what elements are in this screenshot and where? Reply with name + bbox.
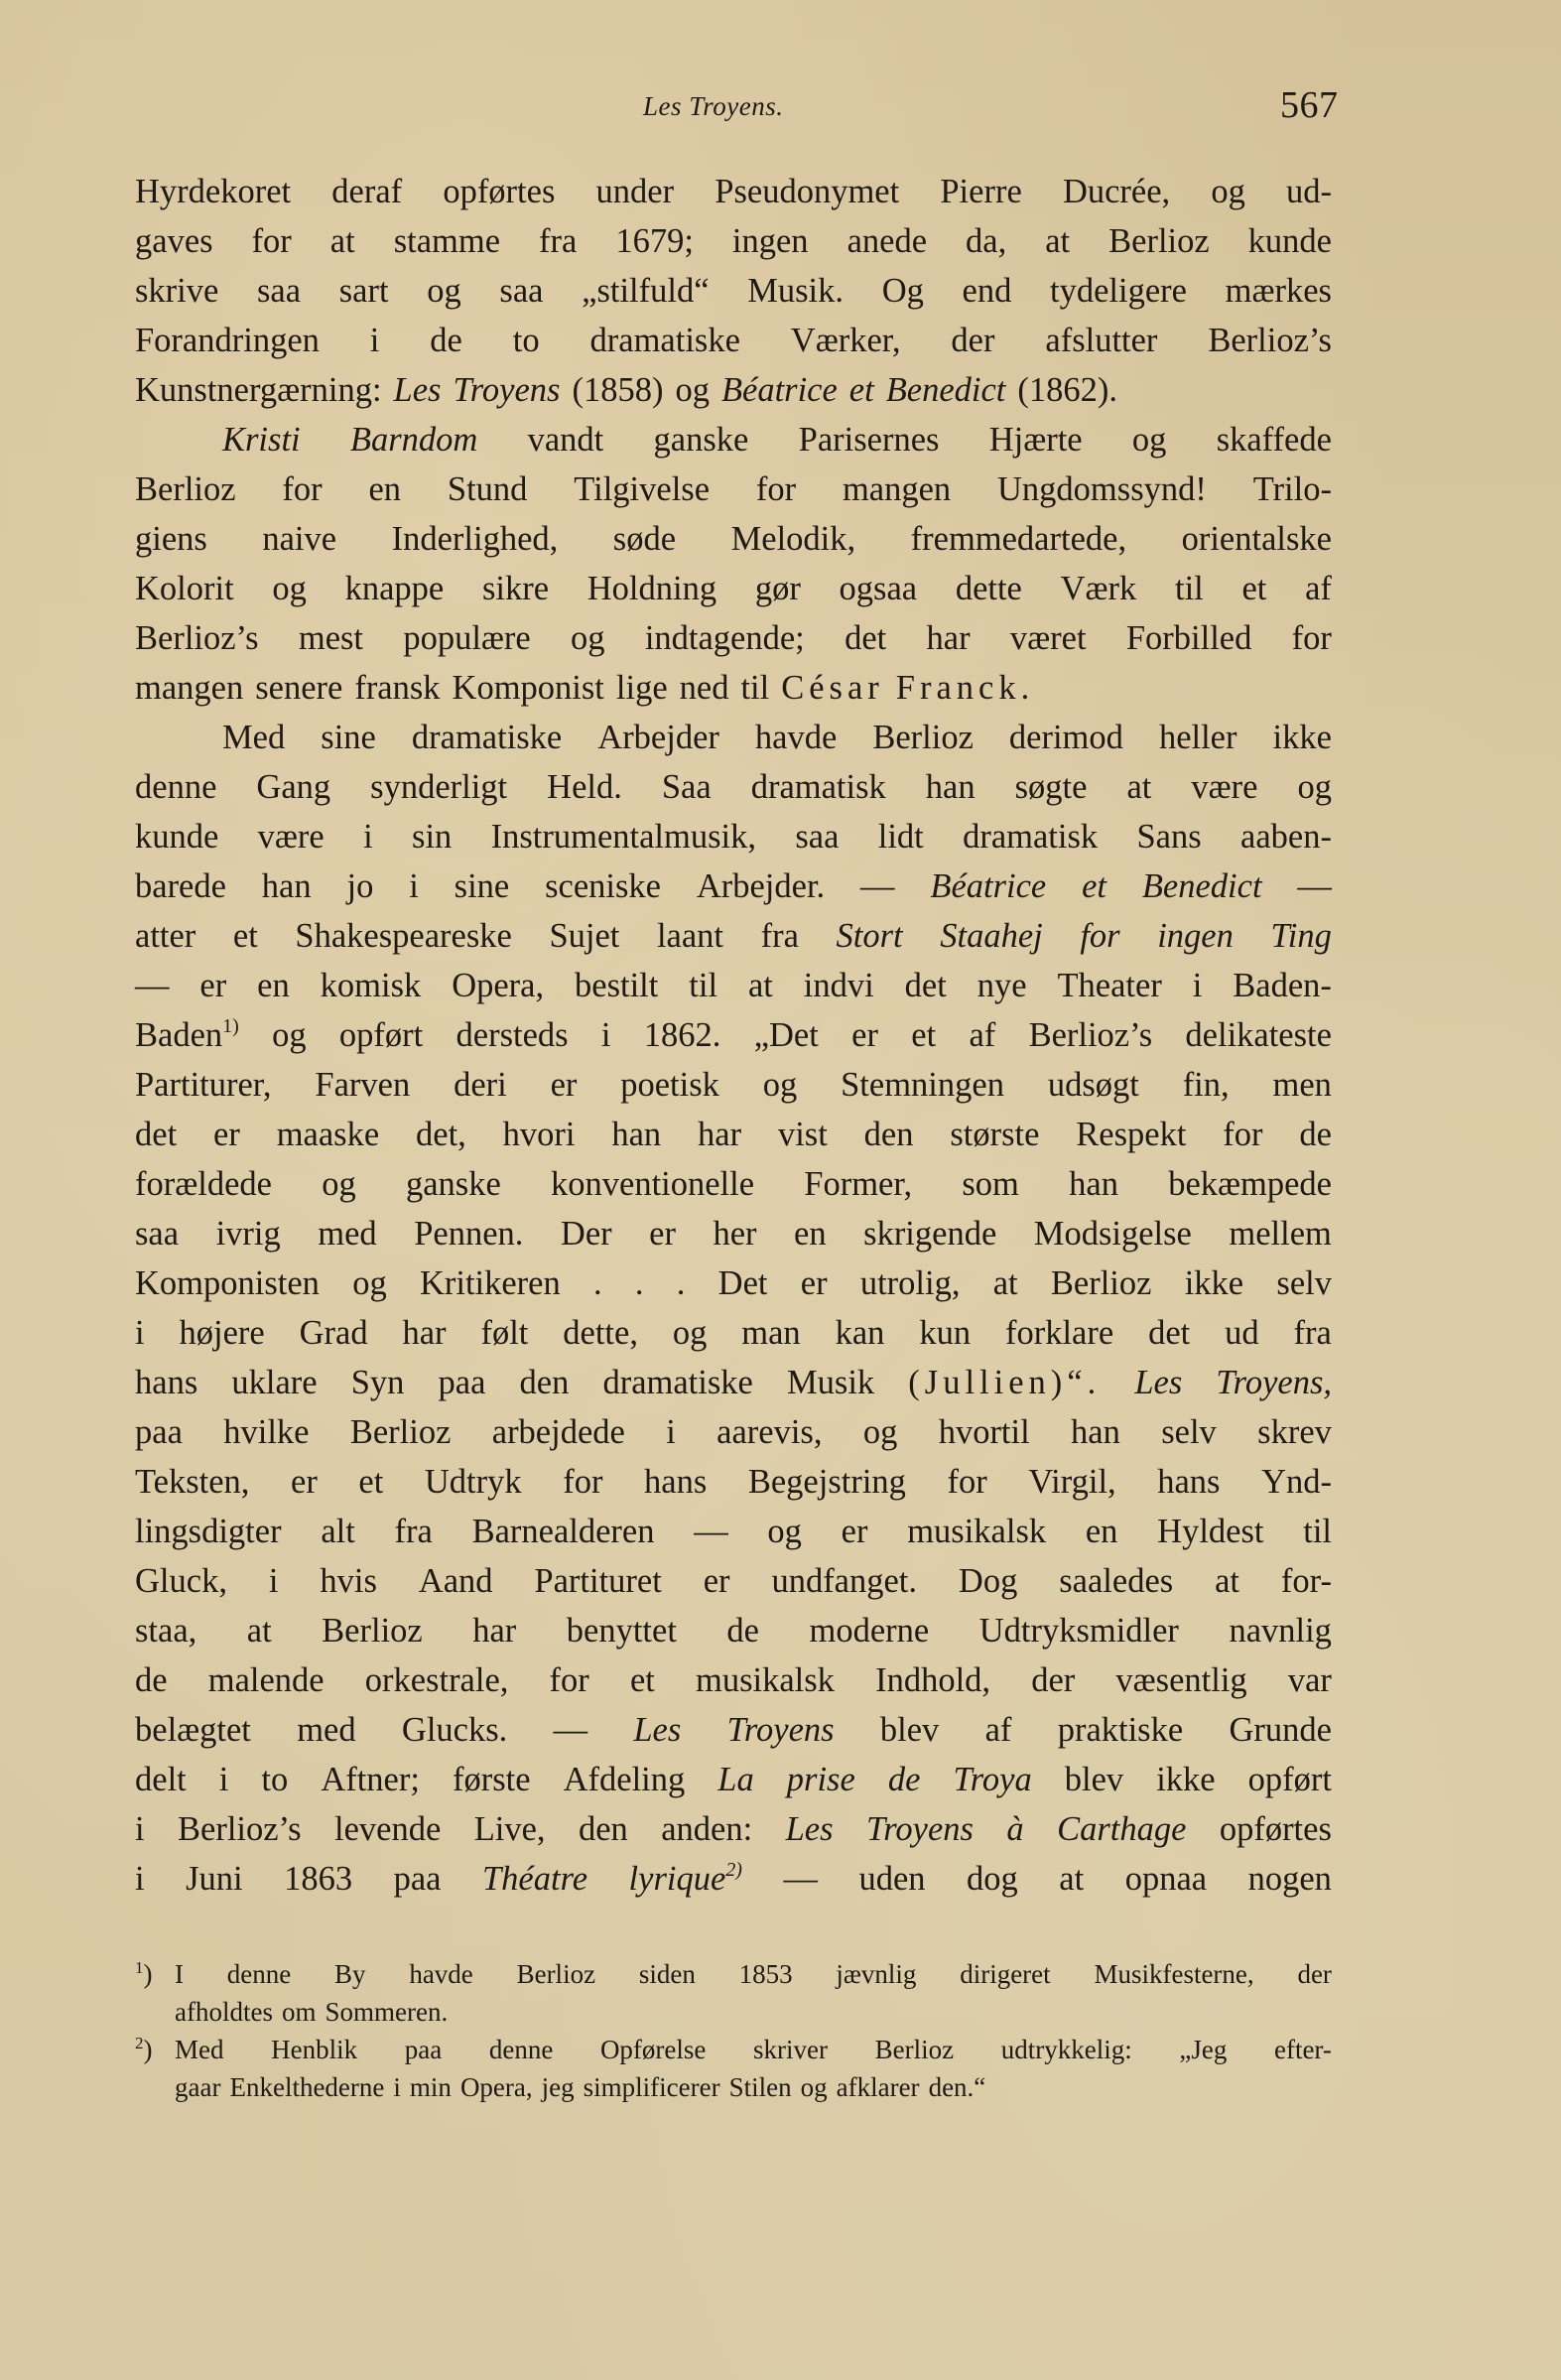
- word: selv: [1276, 1258, 1332, 1308]
- italic-word: Les: [786, 1804, 834, 1854]
- word: Partituret: [534, 1556, 661, 1606]
- word: Opera,: [460, 2068, 533, 2106]
- word: maaske: [277, 1110, 379, 1159]
- word: Gang: [256, 762, 330, 812]
- word: i: [269, 1556, 279, 1606]
- word: Komponisten: [135, 1258, 320, 1308]
- word: —: [554, 1705, 588, 1755]
- word: Stund: [448, 464, 528, 514]
- word: havde: [755, 713, 837, 762]
- word: Modsigelse: [1034, 1209, 1192, 1258]
- word: Kunstnergærning:: [135, 365, 382, 415]
- running-title: Les Troyens.: [643, 91, 784, 122]
- word: tydeligere: [1050, 266, 1187, 316]
- word: Afdeling: [564, 1755, 686, 1804]
- word: Opførelse: [600, 2031, 706, 2068]
- word: de: [135, 1655, 168, 1705]
- word: ikke: [1273, 713, 1332, 762]
- word: Aand: [419, 1556, 493, 1606]
- word: siden: [639, 1955, 696, 1993]
- footnote-ref[interactable]: 1): [222, 1015, 239, 1037]
- word: dramatiske: [412, 713, 562, 762]
- word: være: [258, 812, 325, 861]
- word: hvori: [503, 1110, 576, 1159]
- word: sceniske: [545, 861, 661, 911]
- word: Opera,: [452, 961, 544, 1010]
- word: og: [763, 1060, 798, 1110]
- word: med: [297, 1705, 355, 1755]
- word: da,: [966, 216, 1006, 266]
- text-line: iJuni1863paaThéatrelyrique2)—udendogatop…: [135, 1854, 1332, 1904]
- italic-word: Kristi: [222, 415, 301, 464]
- word: de: [1299, 1110, 1332, 1159]
- word: anede: [847, 216, 927, 266]
- italic-word: Troyens,: [1216, 1358, 1332, 1407]
- word: for: [252, 216, 292, 266]
- word: Kritikeren: [420, 1258, 561, 1308]
- running-head: Les Troyens. 567: [0, 87, 1561, 137]
- word: deraf: [331, 167, 402, 216]
- word: Inderlighed,: [392, 514, 559, 564]
- word: fin,: [1183, 1060, 1230, 1110]
- word: det: [1148, 1308, 1190, 1358]
- word: indtagende;: [645, 613, 805, 663]
- word: jo: [346, 861, 373, 911]
- word: opnaa: [1125, 1854, 1207, 1904]
- word: Teksten,: [135, 1457, 249, 1507]
- word: til: [689, 961, 717, 1010]
- word: har: [927, 613, 971, 663]
- word: saa: [257, 266, 301, 316]
- word: Hyldest: [1157, 1507, 1263, 1556]
- word: uklare: [231, 1358, 317, 1407]
- word: Med: [175, 2031, 224, 2068]
- word: saa: [499, 266, 543, 316]
- word: i: [393, 2068, 401, 2106]
- word: en: [257, 961, 290, 1010]
- word: Henblik: [271, 2031, 357, 2068]
- word: en: [1086, 1507, 1118, 1556]
- word: og: [571, 613, 605, 663]
- word: men: [1273, 1060, 1332, 1110]
- italic-word: La: [717, 1755, 753, 1804]
- word: —: [860, 861, 895, 911]
- word: Berlioz: [322, 1606, 423, 1655]
- word: belægtet: [135, 1705, 251, 1755]
- word: det: [135, 1110, 177, 1159]
- word: er: [551, 1060, 578, 1110]
- text-line: staa,atBerliozharbenyttetdemoderneUdtryk…: [135, 1606, 1332, 1655]
- word: afklarer: [837, 2068, 920, 2106]
- word: skrev: [1257, 1407, 1332, 1457]
- word: at: [247, 1606, 272, 1655]
- word: jeg: [542, 2068, 575, 2106]
- word: han: [1069, 1159, 1118, 1209]
- word: César: [781, 663, 884, 713]
- word: senere: [255, 663, 342, 713]
- word: ivrig: [216, 1209, 281, 1258]
- word: Berlioz: [1051, 1258, 1152, 1308]
- word: der: [1297, 1955, 1331, 1993]
- word: Musikfesterne,: [1094, 1955, 1253, 1993]
- text-line: Berlioz’smestpopulæreogindtagende;dethar…: [135, 613, 1332, 663]
- word: (1858): [572, 365, 663, 415]
- italic-word: Troyens: [453, 365, 560, 415]
- word: afholdtes: [175, 1993, 273, 2031]
- word: er: [704, 1556, 730, 1606]
- italic-word: Troyens: [866, 1804, 974, 1854]
- word: fransk: [354, 663, 440, 713]
- word: lidt: [878, 812, 924, 861]
- text-line: iBerlioz’slevendeLive,denanden:LesTroyen…: [135, 1804, 1332, 1854]
- word: blev: [1065, 1755, 1123, 1804]
- word: konventionelle: [551, 1159, 754, 1209]
- word: Former,: [804, 1159, 912, 1209]
- word: Saa: [662, 762, 712, 812]
- word: hvilke: [223, 1407, 309, 1457]
- word: at: [1215, 1556, 1239, 1606]
- word: min: [410, 2068, 452, 2106]
- word: Tilgivelse: [574, 464, 710, 514]
- word: komisk: [321, 961, 422, 1010]
- word: to: [261, 1755, 288, 1804]
- word: delt: [135, 1755, 187, 1804]
- word: —: [783, 1854, 818, 1904]
- word: mærkes: [1226, 266, 1332, 316]
- book-page: Les Troyens. 567 Hyrdekoretderafopførtes…: [0, 0, 1561, 2380]
- word: Værker,: [791, 316, 901, 365]
- word: Indhold,: [875, 1655, 990, 1705]
- word: er: [851, 1010, 878, 1060]
- word: synderligt: [370, 762, 507, 812]
- word: saa: [795, 812, 839, 861]
- word: dog: [967, 1854, 1018, 1904]
- word: laant: [657, 911, 723, 961]
- word: at: [1059, 1854, 1084, 1904]
- text-line: lingsdigteraltfraBarnealderen—ogermusika…: [135, 1507, 1332, 1556]
- word: stamme: [394, 216, 500, 266]
- footnote-text: MedHenblikpaadenneOpførelseskriverBerlio…: [175, 2031, 1332, 2068]
- word: „stilfuld“: [582, 266, 709, 316]
- word: der: [1031, 1655, 1075, 1705]
- word: er: [199, 961, 226, 1010]
- word: Arbejder: [597, 713, 719, 762]
- word: det: [905, 961, 947, 1010]
- word: den: [520, 1358, 570, 1407]
- word: navnlig: [1229, 1606, 1331, 1655]
- word: er: [842, 1507, 868, 1556]
- word: aaben-: [1240, 812, 1332, 861]
- word: og: [272, 1010, 307, 1060]
- word: utrolig,: [860, 1258, 961, 1308]
- word: bestilt: [575, 961, 658, 1010]
- word: for: [550, 1655, 589, 1705]
- word: Stemningen: [841, 1060, 1004, 1110]
- word: den.“: [929, 2068, 986, 2106]
- word: i: [370, 316, 380, 365]
- italic-word: lyrique2): [629, 1854, 742, 1904]
- word: jævnlig: [836, 1955, 916, 1993]
- word: for: [563, 1457, 602, 1507]
- word: forældede: [135, 1159, 272, 1209]
- page-number: 567: [1280, 83, 1339, 127]
- word: kun: [919, 1308, 971, 1358]
- word: mellem: [1229, 1209, 1331, 1258]
- word: 1853: [739, 1955, 793, 1993]
- italic-word: Troyens: [727, 1705, 835, 1755]
- text-line: ForandringenidetodramatiskeVærker,derafs…: [135, 316, 1332, 365]
- word: hans: [1157, 1457, 1220, 1507]
- word: Shakespeareske: [295, 911, 511, 961]
- word: for: [1292, 613, 1332, 663]
- word: mangen: [135, 663, 243, 713]
- word: vandt: [528, 415, 604, 464]
- footnote-ref[interactable]: 2): [725, 1859, 742, 1881]
- word: mangen: [843, 464, 951, 514]
- word: sine: [455, 861, 510, 911]
- italic-word: Benedict: [886, 365, 1006, 415]
- word: musikalsk: [907, 1507, 1046, 1556]
- word: Grunde: [1229, 1705, 1331, 1755]
- word: .: [593, 1258, 602, 1308]
- word: og: [767, 1507, 802, 1556]
- word: Med: [222, 713, 285, 762]
- word: sikre: [482, 564, 549, 613]
- word: var: [1288, 1655, 1332, 1705]
- word: han: [611, 1110, 661, 1159]
- text-line: Kunstnergærning:LesTroyens(1858)ogBéatri…: [135, 365, 1332, 415]
- word: Berlioz’s: [1029, 1010, 1153, 1060]
- word: være: [1191, 762, 1257, 812]
- word: 1679;: [615, 216, 694, 266]
- word: saaledes: [1059, 1556, 1173, 1606]
- word: i: [601, 1010, 611, 1060]
- word: og: [1297, 762, 1332, 812]
- word: Grad: [300, 1308, 368, 1358]
- word: Komponist: [453, 663, 604, 713]
- text-line: demalendeorkestrale,foretmusikalskIndhol…: [135, 1655, 1332, 1705]
- word: Parisernes: [799, 415, 940, 464]
- text-line: baredehanjoisinesceniskeArbejder.—Béatri…: [135, 861, 1332, 911]
- word: giens: [135, 514, 207, 564]
- word: Arbejder.: [697, 861, 825, 911]
- text-line: BerliozforenStundTilgivelseformangenUngd…: [135, 464, 1332, 514]
- word: Pierre: [940, 167, 1021, 216]
- footnote-line: gaarEnkelthederneiminOpera,jegsimplifice…: [135, 2068, 1332, 2106]
- word: og: [675, 365, 710, 415]
- word: Hjærte: [989, 415, 1083, 464]
- word: Stilen: [729, 2068, 792, 2106]
- word: populære: [403, 613, 530, 663]
- word: det,: [416, 1110, 466, 1159]
- italic-word: Staahej: [940, 911, 1042, 961]
- word: fra: [395, 1507, 433, 1556]
- word: heller: [1159, 713, 1237, 762]
- word: Dog: [959, 1556, 1017, 1606]
- word: det: [845, 613, 886, 663]
- word: mest: [299, 613, 363, 663]
- italic-word: ingen: [1157, 911, 1234, 961]
- word: alt: [321, 1507, 354, 1556]
- word: og: [801, 2068, 828, 2106]
- word: aarevis,: [716, 1407, 822, 1457]
- word: Barnealderen: [472, 1507, 655, 1556]
- word: for-: [1281, 1556, 1332, 1606]
- word: delikateste: [1185, 1010, 1332, 1060]
- italic-word: et: [1082, 861, 1106, 911]
- text-line: forældedeogganskekonventionelleFormer,so…: [135, 1159, 1332, 1209]
- word: Respekt: [1076, 1110, 1186, 1159]
- word: arbejdede: [492, 1407, 625, 1457]
- word: efter-: [1274, 2031, 1332, 2068]
- word: Baden1): [135, 1010, 239, 1060]
- italic-word: Béatrice: [721, 365, 838, 415]
- text-line: Baden1)ogopførtderstedsi1862.„DeteretafB…: [135, 1010, 1332, 1060]
- word: fra: [1294, 1308, 1332, 1358]
- word: et: [233, 911, 258, 961]
- text-line: atteretShakespeareskeSujetlaantfraStortS…: [135, 911, 1332, 961]
- word: Ungdomssynd!: [997, 464, 1207, 514]
- italic-word: Les: [394, 365, 442, 415]
- word: end: [963, 266, 1012, 316]
- word: uden: [858, 1854, 925, 1904]
- text-line: deltitoAftner;førsteAfdelingLaprisedeTro…: [135, 1755, 1332, 1804]
- word: ganske: [406, 1159, 501, 1209]
- word: denne: [227, 1955, 291, 1993]
- word: af: [969, 1010, 995, 1060]
- word: en: [794, 1209, 827, 1258]
- word: naive: [262, 514, 336, 564]
- word: Berlioz: [1108, 216, 1210, 266]
- word: søgte: [1015, 762, 1088, 812]
- word: og: [427, 266, 461, 316]
- word: opført: [1248, 1755, 1332, 1804]
- word: søde: [613, 514, 676, 564]
- footnote-marker: 2): [135, 2031, 175, 2068]
- word: til: [740, 663, 769, 713]
- word: saa: [135, 1209, 179, 1258]
- word: Berlioz’s: [1208, 316, 1332, 365]
- word: Baden-: [1233, 961, 1332, 1010]
- text-line: KristiBarndomvandtganskeParisernesHjærte…: [135, 415, 1332, 464]
- word: Kolorit: [135, 564, 234, 613]
- text-line: Partiturer,FarvenderierpoetiskogStemning…: [135, 1060, 1332, 1110]
- word: „Jeg: [1179, 2031, 1227, 2068]
- word: største: [950, 1110, 1039, 1159]
- word: har: [698, 1110, 741, 1159]
- word: højere: [180, 1308, 265, 1358]
- word: afslutter: [1045, 316, 1157, 365]
- word: ikke: [1185, 1258, 1243, 1308]
- word: for: [948, 1457, 987, 1507]
- word: udsøgt: [1048, 1060, 1139, 1110]
- word: forklare: [1005, 1308, 1113, 1358]
- word: Juni: [186, 1854, 243, 1904]
- word: fra: [539, 216, 577, 266]
- word: bekæmpede: [1168, 1159, 1332, 1209]
- word: moderne: [810, 1606, 930, 1655]
- word: væsentlig: [1115, 1655, 1246, 1705]
- word: Forbilled: [1126, 613, 1252, 663]
- word: Berlioz: [517, 1955, 595, 1993]
- word: ud-: [1286, 167, 1332, 216]
- word: hans: [644, 1457, 707, 1507]
- word: Enkelthederne: [229, 2068, 384, 2106]
- word: blev: [880, 1705, 939, 1755]
- word: hans: [135, 1358, 197, 1407]
- word: Glucks.: [402, 1705, 507, 1755]
- word: at: [748, 961, 773, 1010]
- word: Musik: [787, 1358, 874, 1407]
- word: lige: [616, 663, 668, 713]
- word: og: [863, 1407, 898, 1457]
- word: simplificerer: [584, 2068, 720, 2106]
- word: ud: [1225, 1308, 1259, 1358]
- word: ingen: [732, 216, 809, 266]
- word: Sans: [1136, 812, 1201, 861]
- word: er: [291, 1457, 318, 1507]
- word: Berlioz’s: [178, 1804, 302, 1854]
- word: at: [1126, 762, 1151, 812]
- word: Ynd-: [1261, 1457, 1332, 1507]
- word: anden:: [661, 1804, 752, 1854]
- word: Gluck,: [135, 1556, 227, 1606]
- word: Instrumentalmusik,: [491, 812, 756, 861]
- word: med: [318, 1209, 376, 1258]
- word: og: [1132, 415, 1167, 464]
- word: om: [282, 1993, 317, 2031]
- word: (Jullien)“.: [908, 1358, 1101, 1407]
- word: —: [135, 961, 170, 1010]
- word: Sommeren.: [325, 1993, 449, 2031]
- word: .: [677, 1258, 686, 1308]
- word: fra: [761, 911, 799, 961]
- italic-word: for: [1080, 911, 1119, 961]
- word: Hyrdekoret: [135, 167, 291, 216]
- word: skriver: [753, 2031, 828, 2068]
- word: ganske: [654, 415, 749, 464]
- word: har: [402, 1308, 446, 1358]
- word: denne: [489, 2031, 553, 2068]
- word: sart: [339, 266, 389, 316]
- word: for: [756, 464, 796, 514]
- text-line: KoloritogknappesikreHoldninggørogsaadett…: [135, 564, 1332, 613]
- text-line: giensnaiveInderlighed,sødeMelodik,fremme…: [135, 514, 1332, 564]
- word: Pseudonymet: [715, 167, 899, 216]
- word: By: [334, 1955, 366, 1993]
- word: ikke: [1156, 1755, 1215, 1804]
- word: gør: [755, 564, 801, 613]
- word: været: [1010, 613, 1087, 663]
- word: derimod: [1009, 713, 1123, 762]
- word: paa: [394, 1854, 442, 1904]
- word: han: [926, 762, 976, 812]
- word: dramatiske: [590, 316, 740, 365]
- word: er: [649, 1209, 676, 1258]
- word: Pennen.: [414, 1209, 523, 1258]
- text-line: MedsinedramatiskeArbejderhavdeBerliozder…: [135, 713, 1332, 762]
- text-line: Teksten,eretUdtrykforhansBegejstringforV…: [135, 1457, 1332, 1507]
- text-line: denneGangsynderligtHeld.Saadramatiskhans…: [135, 762, 1332, 812]
- italic-word: Les: [1134, 1358, 1182, 1407]
- text-line: belægtetmedGlucks.—LesTroyensblevafprakt…: [135, 1705, 1332, 1755]
- word: Begejstring: [748, 1457, 906, 1507]
- italic-word: Les: [633, 1705, 681, 1755]
- word: paa: [439, 1358, 486, 1407]
- word: skrive: [135, 266, 218, 316]
- word: Aftner;: [321, 1755, 420, 1804]
- word: til: [1175, 564, 1204, 613]
